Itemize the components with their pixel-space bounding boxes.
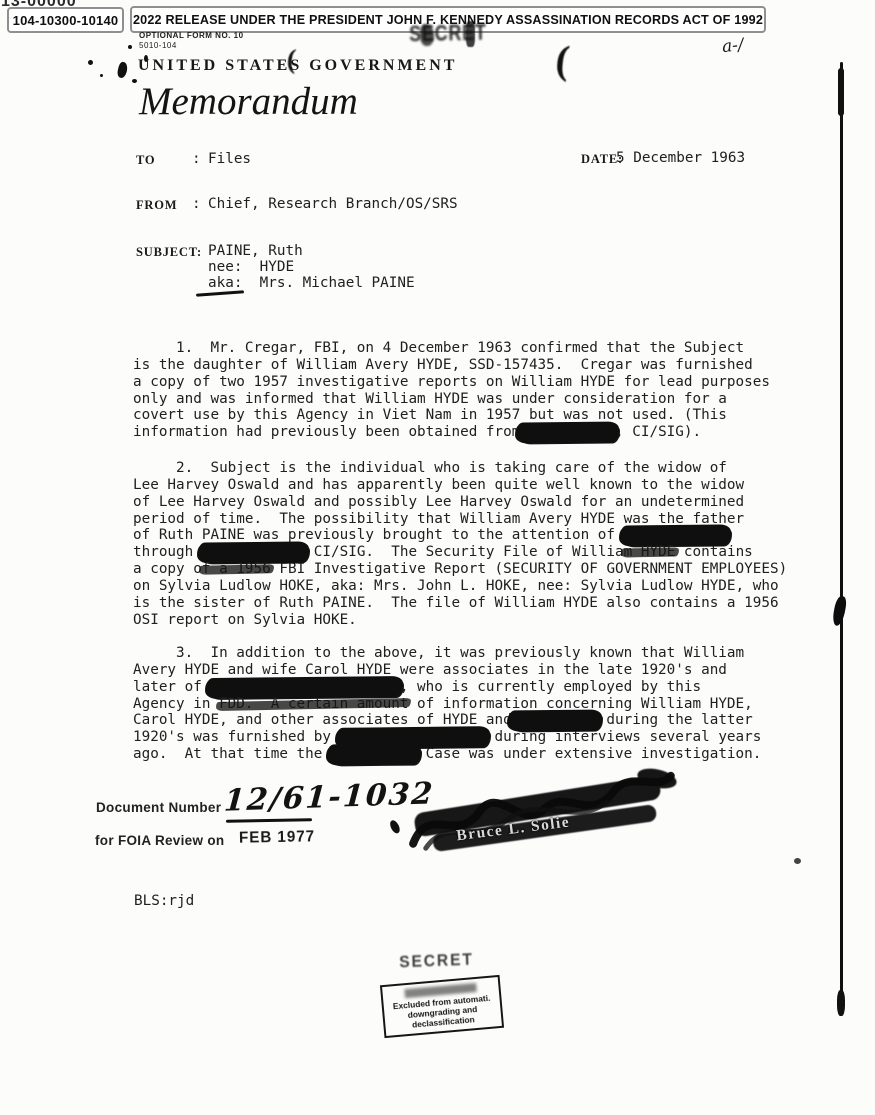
redaction-scribble <box>508 710 602 732</box>
ink-speck <box>128 45 132 49</box>
secret-stamp-bottom: SECRET <box>399 950 474 973</box>
text-run: 1920's was furnished by <box>133 729 340 745</box>
subject-label: SUBJECT: <box>136 245 202 260</box>
text-run: , CI/SIG). <box>615 424 701 440</box>
memo-text-line: through CI/SIG. The Security File of Wil… <box>133 544 787 561</box>
typist-initials: BLS:rjd <box>134 893 194 909</box>
text-run: a copy of two 1957 investigative reports… <box>133 374 770 390</box>
struck-text: FDD. A certain amount <box>219 696 408 712</box>
struck-text: m HYDE <box>624 544 676 560</box>
text-run: 3. In addition to the above, it was prev… <box>133 645 744 661</box>
text-run: , who is currently employed by this <box>400 679 701 695</box>
subject-nee: nee: HYDE <box>208 259 294 275</box>
ink-blot <box>388 819 401 835</box>
memo-text-line: Avery HYDE and wife Carol HYDE were asso… <box>133 662 761 679</box>
memo-text-line: information had previously been obtained… <box>133 424 770 441</box>
classification-stamp: Excluded from automati. downgrading and … <box>380 975 504 1038</box>
handwritten-mark: a-/ <box>721 35 745 57</box>
scan-artifact-edge-line <box>840 62 843 1012</box>
text-run: of Lee Harvey Oswald and possibly Lee Ha… <box>133 494 744 510</box>
text-run: only and was informed that William HYDE … <box>133 391 727 407</box>
optional-form-label: OPTIONAL FORM NO. 10 <box>139 31 244 40</box>
record-number-box: 104-10300-10140 <box>7 7 124 33</box>
text-run: ago. At that time the <box>133 746 331 762</box>
text-run: 1. Mr. Cregar, FBI, on 4 December 1963 c… <box>133 340 744 356</box>
redaction-scribble <box>516 422 619 444</box>
memo-text-line: Lee Harvey Oswald and has apparently bee… <box>133 477 787 494</box>
memo-text-line: only and was informed that William HYDE … <box>133 391 770 408</box>
memo-text-line: 1. Mr. Cregar, FBI, on 4 December 1963 c… <box>133 340 770 357</box>
memo-text-line: later of , who is currently employed by … <box>133 679 761 696</box>
text-run: Case was under extensive investigation. <box>417 746 761 762</box>
memo-text-line: 1920's was furnished by during interview… <box>133 729 761 746</box>
memo-text-line: 3. In addition to the above, it was prev… <box>133 645 761 662</box>
memo-text-line: a copy of a 1956 FBI Investigative Repor… <box>133 561 787 578</box>
text-run: Lee Harvey Oswald and has apparently bee… <box>133 477 744 493</box>
memo-page: 13-00000 104-10300-10140 2022 RELEASE UN… <box>0 0 875 1115</box>
text-run: Avery HYDE and wife Carol HYDE were asso… <box>133 662 727 678</box>
scan-artifact-blob <box>838 68 844 116</box>
text-run: a copy o <box>133 561 202 577</box>
ink-speck <box>88 60 93 65</box>
to-label: TO <box>136 153 155 168</box>
handwritten-underline <box>226 818 312 823</box>
memo-text-line: is the daughter of William Avery HYDE, S… <box>133 357 770 374</box>
text-run: covert use by this Agency in Viet Nam in… <box>133 407 727 423</box>
from-colon: : <box>192 196 201 212</box>
document-number-label: Document Number <box>96 800 221 815</box>
memo-text-line: covert use by this Agency in Viet Nam in… <box>133 407 770 424</box>
memo-text-line: a copy of two 1957 investigative reports… <box>133 374 770 391</box>
text-run: contains <box>675 544 752 560</box>
paragraph-2: 2. Subject is the individual who is taki… <box>133 460 787 628</box>
ink-speck <box>794 858 801 864</box>
text-run: OSI report on Sylvia HOKE. <box>133 612 357 628</box>
struck-text: f a 1956 <box>202 561 271 577</box>
redaction-scribble <box>327 744 421 766</box>
memo-text-line: OSI report on Sylvia HOKE. <box>133 612 787 629</box>
text-run: on Sylvia Ludlow HOKE, aka: Mrs. John L.… <box>133 578 779 594</box>
scan-artifact-blob <box>837 990 845 1016</box>
from-value: Chief, Research Branch/OS/SRS <box>208 196 458 212</box>
form-code: 5010-104 <box>139 41 177 50</box>
signature-scribble <box>399 759 685 863</box>
memo-text-line: on Sylvia Ludlow HOKE, aka: Mrs. John L.… <box>133 578 787 595</box>
record-number: 104-10300-10140 <box>13 13 119 28</box>
ink-blot <box>420 24 434 46</box>
text-run: during interviews several years <box>486 729 761 745</box>
signature: Bruce L. Solie <box>399 760 682 878</box>
ink-speck <box>100 74 103 77</box>
to-colon: : <box>192 151 201 167</box>
date-value: 5 December 1963 <box>616 150 745 166</box>
text-run: FBI Investigative Report (SECURITY OF GO… <box>271 561 787 577</box>
paragraph-1: 1. Mr. Cregar, FBI, on 4 December 1963 c… <box>133 340 770 441</box>
subject-name: PAINE, Ruth <box>208 243 303 259</box>
ink-speck <box>132 79 137 83</box>
text-run: later of <box>133 679 210 695</box>
government-line: UNITED STATES GOVERNMENT <box>138 57 457 75</box>
foia-review-label: for FOIA Review on <box>95 833 224 848</box>
scan-artifact-blob <box>831 595 847 626</box>
to-value: Files <box>208 151 251 167</box>
memo-title: Memorandum <box>139 79 358 124</box>
memo-text-line: is the sister of Ruth PAINE. The file of… <box>133 595 787 612</box>
ink-blot-paren: ( <box>554 35 572 83</box>
memo-text-line: Agency in FDD. A certain amount of infor… <box>133 696 761 713</box>
memo-text-line: of Lee Harvey Oswald and possibly Lee Ha… <box>133 494 787 511</box>
text-run: 2. Subject is the individual who is taki… <box>133 460 727 476</box>
text-run: through <box>133 544 202 560</box>
text-run: period of time. The possibility that Wil… <box>133 511 744 527</box>
handwritten-dash <box>196 290 244 296</box>
text-run: Agency in <box>133 696 219 712</box>
subject-aka: aka: Mrs. Michael PAINE <box>208 275 415 291</box>
foia-review-date: FEB 1977 <box>239 828 315 847</box>
ink-blot <box>466 21 475 47</box>
text-run: is the sister of Ruth PAINE. The file of… <box>133 595 779 611</box>
memo-text-line: 2. Subject is the individual who is taki… <box>133 460 787 477</box>
text-run: of Ruth PAINE was previously brought to … <box>133 527 624 543</box>
text-run: CI/SIG. The Security File of Willia <box>305 544 623 560</box>
from-label: FROM <box>136 198 177 213</box>
text-run: during the latter <box>598 712 753 728</box>
text-run: information had previously been obtained… <box>133 424 520 440</box>
secret-stamp-top: SECRET <box>402 22 498 54</box>
paragraph-3: 3. In addition to the above, it was prev… <box>133 645 761 763</box>
ink-blot <box>116 61 129 79</box>
text-run: is the daughter of William Avery HYDE, S… <box>133 357 753 373</box>
